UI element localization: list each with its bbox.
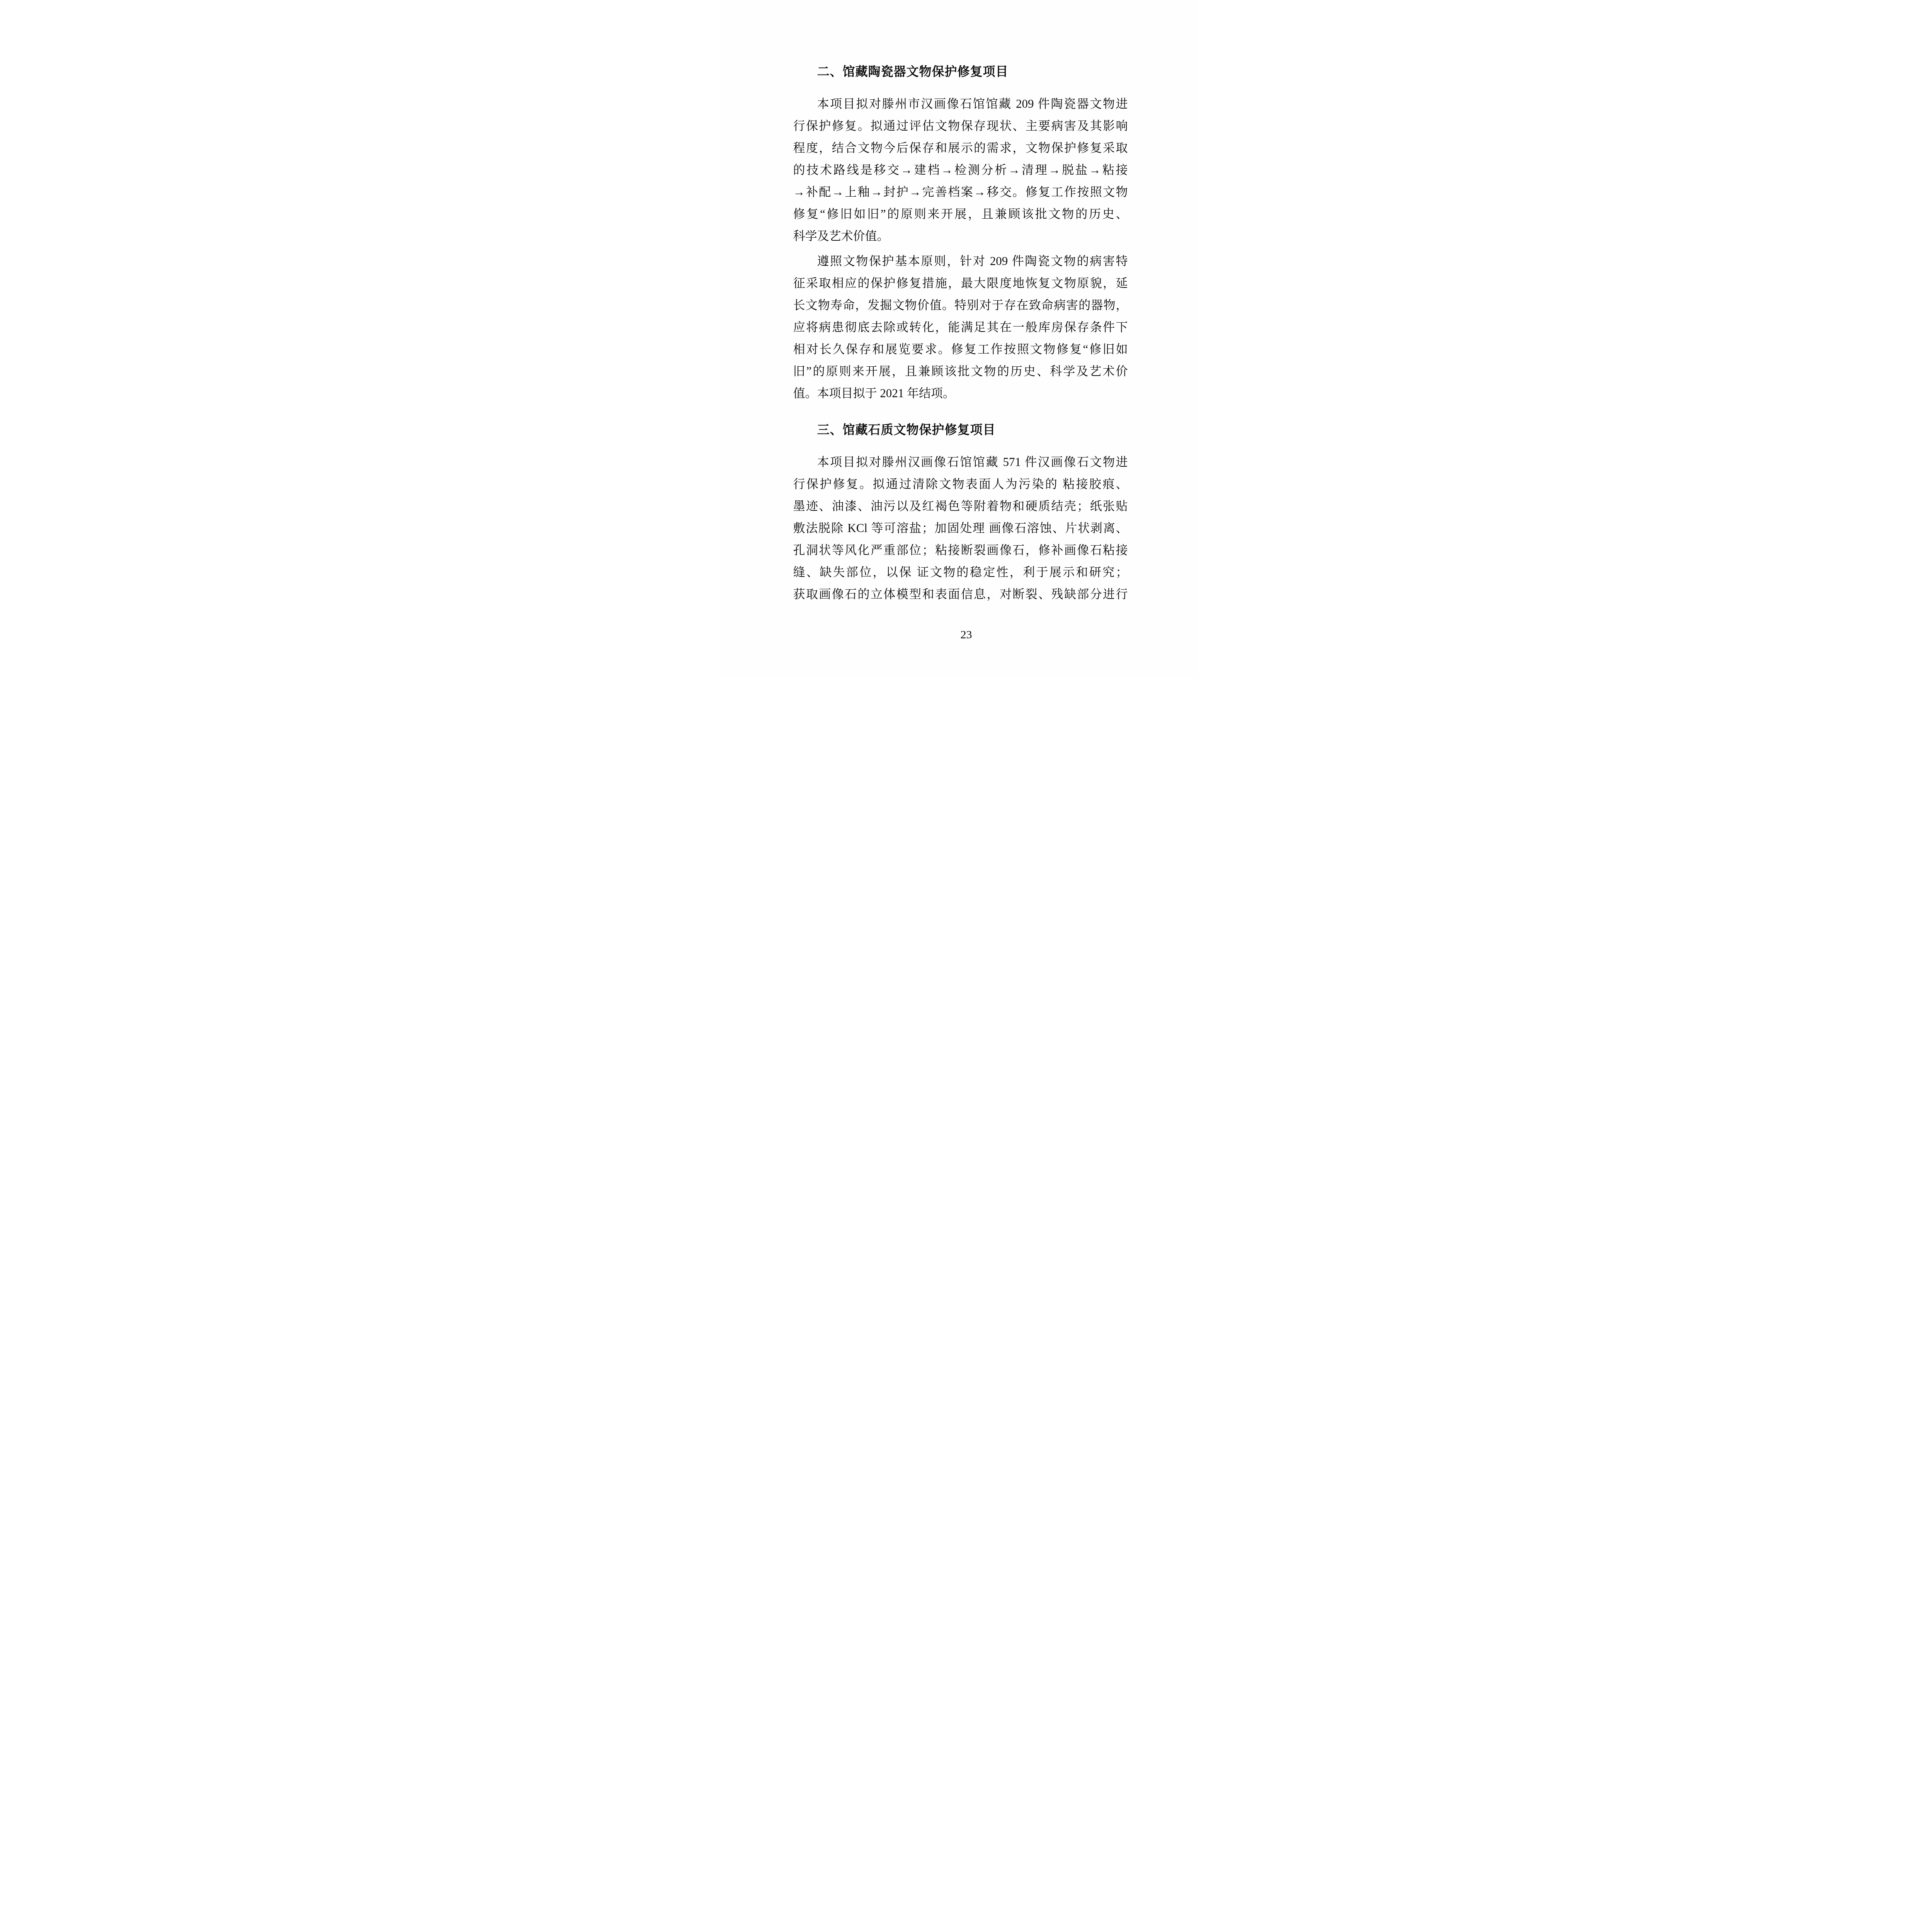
paragraph: 本项目拟对滕州市汉画像石馆馆藏 209 件陶瓷器文物进 行保护修复。拟通过评估文… <box>793 93 1128 247</box>
text-line: 敷法脱除 KCl 等可溶盐；加固处理 画像石溶蚀、片状剥离、 <box>793 517 1128 539</box>
section-heading: 二、馆藏陶瓷器文物保护修复项目 <box>793 61 1128 83</box>
text-line: 遵照文物保护基本原则，针对 209 件陶瓷文物的病害特 <box>793 250 1128 272</box>
document-page: 二、馆藏陶瓷器文物保护修复项目 本项目拟对滕州市汉画像石馆馆藏 209 件陶瓷器… <box>719 0 1198 678</box>
text-line: 本项目拟对滕州市汉画像石馆馆藏 209 件陶瓷器文物进 <box>793 93 1128 115</box>
paragraph: 本项目拟对滕州汉画像石馆馆藏 571 件汉画像石文物进 行保护修复。拟通过清除文… <box>793 451 1128 605</box>
text-line: →补配→上釉→封护→完善档案→移交。修复工作按照文物 <box>793 181 1128 203</box>
paragraph: 遵照文物保护基本原则，针对 209 件陶瓷文物的病害特 征采取相应的保护修复措施… <box>793 250 1128 404</box>
section-heading: 三、馆藏石质文物保护修复项目 <box>793 419 1128 441</box>
page-number: 23 <box>719 629 1198 641</box>
text-line: 墨迹、油漆、油污以及红褐色等附着物和硬质结壳；纸张贴 <box>793 495 1128 517</box>
text-line: 相对长久保存和展览要求。修复工作按照文物修复“修旧如 <box>793 338 1128 360</box>
text-line: 征采取相应的保护修复措施，最大限度地恢复文物原貌，延 <box>793 272 1128 294</box>
text-line: 旧”的原则来开展，且兼顾该批文物的历史、科学及艺术价 <box>793 360 1128 382</box>
text-line: 程度，结合文物今后保存和展示的需求，文物保护修复采取 <box>793 137 1128 159</box>
text-line: 行保护修复。拟通过评估文物保存现状、主要病害及其影响 <box>793 115 1128 137</box>
text-line: 获取画像石的立体模型和表面信息，对断裂、残缺部分进行 <box>793 583 1128 605</box>
text-line: 的技术路线是移交→建档→检测分析→清理→脱盐→粘接 <box>793 159 1128 181</box>
text-line: 科学及艺术价值。 <box>793 225 1128 247</box>
text-line: 值。本项目拟于 2021 年结项。 <box>793 382 1128 404</box>
text-line: 修复“修旧如旧”的原则来开展，且兼顾该批文物的历史、 <box>793 203 1128 225</box>
text-line: 应将病患彻底去除或转化，能满足其在一般库房保存条件下 <box>793 316 1128 338</box>
text-column: 二、馆藏陶瓷器文物保护修复项目 本项目拟对滕州市汉画像石馆馆藏 209 件陶瓷器… <box>793 0 1128 605</box>
text-line: 长文物寿命，发掘文物价值。特别对于存在致命病害的器物， <box>793 294 1128 316</box>
text-line: 孔洞状等风化严重部位；粘接断裂画像石，修补画像石粘接 <box>793 539 1128 561</box>
text-line: 本项目拟对滕州汉画像石馆馆藏 571 件汉画像石文物进 <box>793 451 1128 473</box>
text-line: 行保护修复。拟通过清除文物表面人为污染的 粘接胶痕、 <box>793 473 1128 495</box>
text-line: 缝、缺失部位，以保 证文物的稳定性，利于展示和研究； <box>793 561 1128 583</box>
